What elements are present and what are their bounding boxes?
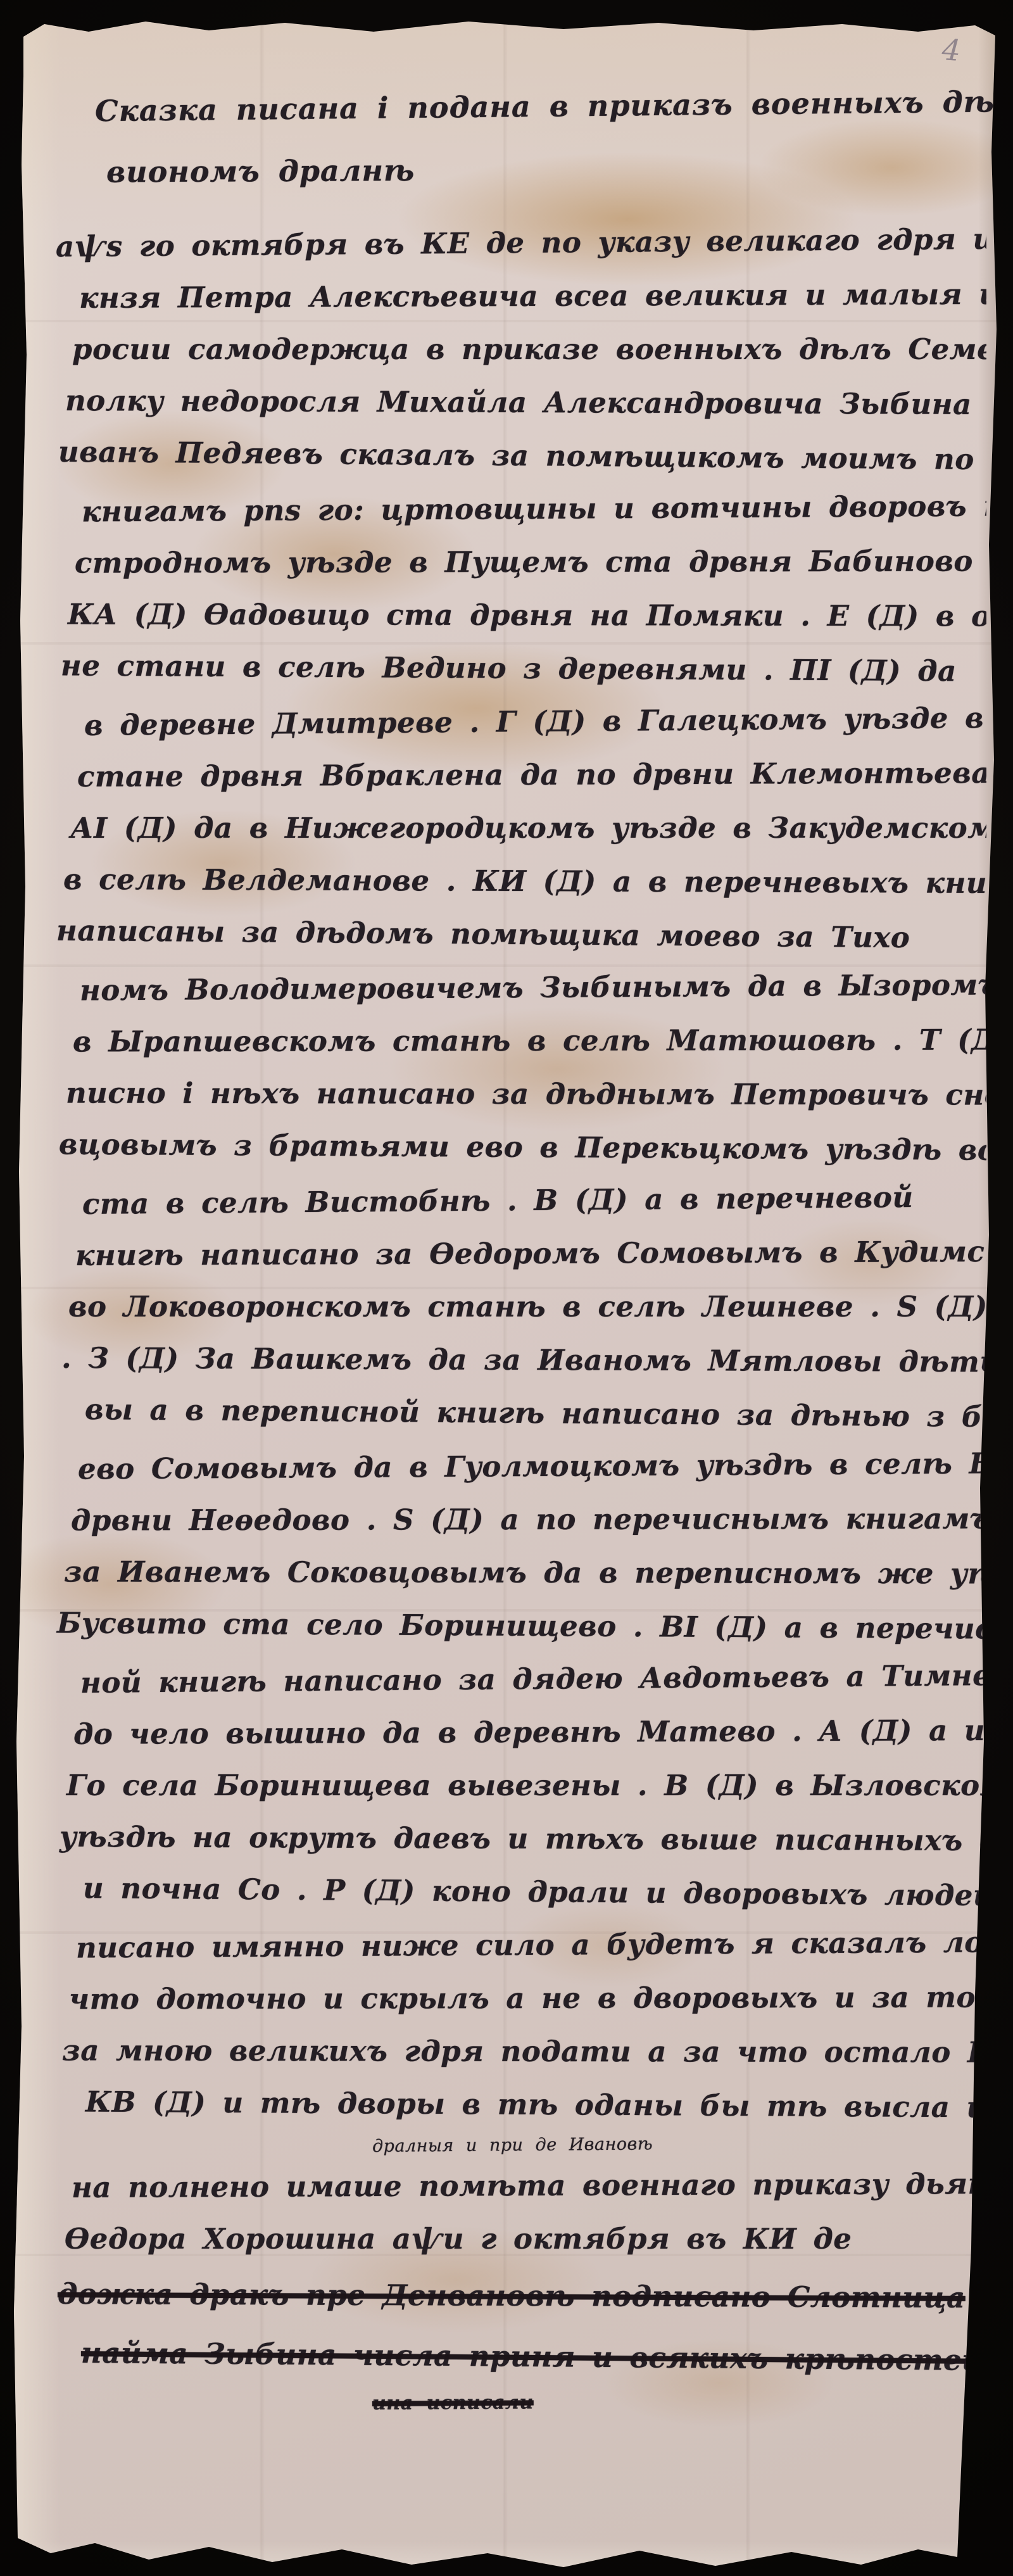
manuscript-line: номъ Володимеровичемъ Зыбинымъ да в Ызор… <box>80 959 986 1018</box>
archival-scan: { "document": { "page_number": "4", "hea… <box>0 0 1013 2576</box>
manuscript-line: КВ (Д) и тѣ дворы в тѣ оданы бы тѣ высла… <box>85 2076 986 2135</box>
manuscript-line: не стани в селѣ Ведино з деревнями . ПІ … <box>61 639 986 698</box>
manuscript-line: и почна Со . Р (Д) коно драли и дворовых… <box>83 1862 986 1923</box>
manuscript-line: АІ (Д) да в Нижегородцкомъ уѣзде в Закуд… <box>70 802 986 855</box>
manuscript-line: книгѣ написано за Ѳедоромъ Сомовымъ в Ку… <box>75 1225 986 1282</box>
manuscript-line-struck: ина исписали <box>372 2385 986 2419</box>
manuscript-line: ево Сомовымъ да в Гуолмоцкомъ уѣздѣ в се… <box>78 1437 986 1496</box>
manuscript-line: дралныя и при де Ивановѣ <box>372 2129 986 2162</box>
manuscript-line: . З (Д) За Вашкемъ да за Иваномъ Мятловы… <box>61 1332 986 1389</box>
manuscript-line-struck: дожка дракъ пре Денвановѣ подписано Слот… <box>58 2264 986 2328</box>
folio-number-pencil: 4 <box>941 32 962 68</box>
manuscript-body: аѱѕ го октября въ КЕ де по указу великаг… <box>56 217 986 2419</box>
manuscript-line: аѱѕ го октября въ КЕ де по указу великаг… <box>56 217 986 274</box>
manuscript-page: 4 Сказка писана і подана в приказъ военн… <box>0 0 1013 2576</box>
manuscript-line: дрвни Неѳедово . Ѕ (Д) а по перечиснымъ … <box>71 1492 986 1547</box>
manuscript-line: ной книгѣ написано за дядею Авдотьевъ а … <box>80 1649 986 1710</box>
manuscript-line: ста в селѣ Вистобнѣ . В (Д) а в перечнев… <box>82 1170 986 1231</box>
manuscript-line: Ѳедора Хорошина аѱи г октября въ КИ де <box>65 2213 986 2266</box>
manuscript-header: Сказка писана і подана в приказъ военных… <box>95 75 969 201</box>
manuscript-line: в Ырапшевскомъ станѣ в селѣ Матюшовѣ . Т… <box>73 1013 986 1068</box>
manuscript-line: кнзя Петра Алексѣевича всеа великия и ма… <box>79 268 986 325</box>
manuscript-line: в деревне Дмитреве . Г (Д) в Галецкомъ у… <box>84 691 986 752</box>
header-line: Сказка писана і подана в приказъ военных… <box>95 70 969 142</box>
manuscript-line: во Локоворонскомъ станѣ в селѣ Лешневе .… <box>68 1280 986 1334</box>
manuscript-line: Бусвито ста село Боринищево . ВІ (Д) а в… <box>57 1596 986 1655</box>
manuscript-line: стане дрвня Вбраклена да по дрвни Клемон… <box>77 747 986 804</box>
manuscript-line: вы а в переписной книгѣ написано за дѣнь… <box>85 1383 986 1444</box>
manuscript-line: за мною великихъ гдря подати а за что ос… <box>62 2024 986 2079</box>
manuscript-line: в селѣ Велдеманове . КИ (Д) а в перечнев… <box>63 853 986 910</box>
manuscript-line: за Иванемъ Соковцовымъ да в переписномъ … <box>64 1545 986 1600</box>
manuscript-line: уѣздѣ на окрутъ даевъ и тѣхъ выше писанн… <box>60 1810 986 1867</box>
manuscript-line: полку недоросля Михайла Александровича З… <box>65 374 986 431</box>
header-line: виономъ дралнѣ <box>106 136 969 203</box>
manuscript-line: до чело вышино да в деревнѣ Матево . А (… <box>73 1704 986 1761</box>
manuscript-line: на полнено имаше помѣта военнаго приказу… <box>72 2157 986 2214</box>
manuscript-line: написаны за дѣдомъ помѣщика моево за Тих… <box>56 904 986 965</box>
manuscript-line: росии самодержца в приказе военныхъ дѣлъ… <box>72 323 986 376</box>
manuscript-line: вцовымъ з братьями ево в Перекьцкомъ уѣз… <box>59 1118 986 1177</box>
manuscript-line: что доточно и скрылъ а не в дворовыхъ и … <box>69 1971 986 2026</box>
manuscript-line: Го села Боринищева вывезены . В (Д) в Ыз… <box>66 1759 986 1812</box>
manuscript-line-struck: найма Зыбина числа приня и всякихъ крѣпо… <box>81 2323 986 2391</box>
manuscript-line: иванъ Педяевъ сказалъ за помѣщикомъ моим… <box>58 426 986 486</box>
manuscript-line: книгамъ рпѕ го: цртовщины и вотчины двор… <box>82 480 986 539</box>
manuscript-line: писано имянно ниже сило а будетъ я сказа… <box>76 1916 986 1974</box>
manuscript-line: стродномъ уѣзде в Пущемъ ста дрвня Бабин… <box>75 534 986 590</box>
manuscript-line: писно і нѣхъ написано за дѣднымъ Петрови… <box>66 1066 986 1121</box>
manuscript-line: КА (Д) Ѳадовицо ста дрвня на Помяки . Е … <box>68 588 986 643</box>
